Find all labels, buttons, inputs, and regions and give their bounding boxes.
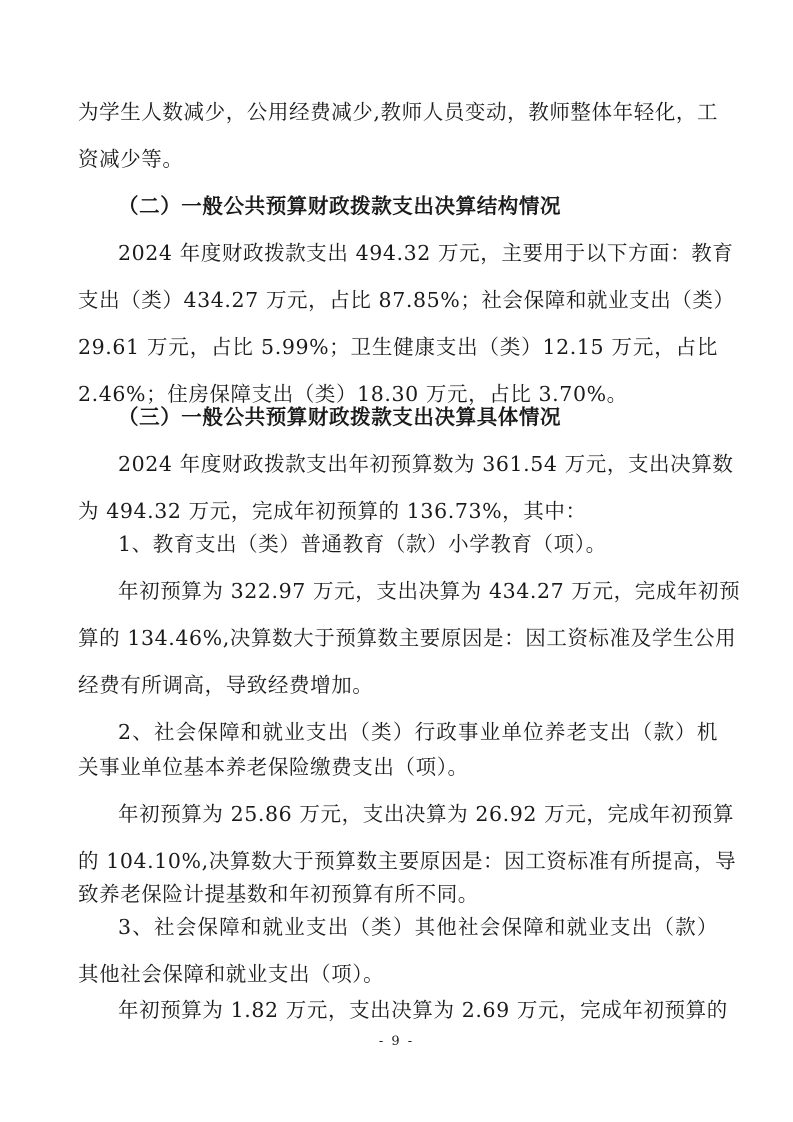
paragraph-line: 致养老保险计提基数和年初预算有所不同。 bbox=[78, 880, 718, 908]
paragraph-line: 2024 年度财政拨款支出年初预算数为 361.54 万元，支出决算数 bbox=[118, 450, 718, 478]
paragraph-line: 3、社会保障和就业支出（类）其他社会保障和就业支出（款） bbox=[118, 913, 718, 941]
paragraph-line: 2、社会保障和就业支出（类）行政事业单位养老支出（款）机 bbox=[118, 718, 718, 746]
section-heading: （三）一般公共预算财政拨款支出决算具体情况 bbox=[118, 403, 561, 431]
paragraph-line: 算的 134.46%,决算数大于预算数主要原因是：因工资标准及学生公用 bbox=[78, 624, 718, 652]
section-heading: （二）一般公共预算财政拨款支出决算结构情况 bbox=[118, 192, 561, 220]
paragraph-line: 2024 年度财政拨款支出 494.32 万元，主要用于以下方面：教育 bbox=[118, 239, 718, 267]
document-page: 为学生人数减少，公用经费减少,教师人员变动，教师整体年轻化，工 资减少等。 （二… bbox=[0, 0, 793, 1122]
paragraph-line: 支出（类）434.27 万元，占比 87.85%；社会保障和就业支出（类） bbox=[78, 286, 718, 314]
paragraph-line: 年初预算为 1.82 万元，支出决算为 2.69 万元，完成年初预算的 bbox=[118, 996, 718, 1024]
paragraph-line: 为学生人数减少，公用经费减少,教师人员变动，教师整体年轻化，工 bbox=[78, 98, 718, 126]
paragraph-line: 29.61 万元，占比 5.99%；卫生健康支出（类）12.15 万元，占比 bbox=[78, 333, 718, 361]
paragraph-line: 其他社会保障和就业支出（项）。 bbox=[78, 960, 718, 988]
paragraph-line: 经费有所调高，导致经费增加。 bbox=[78, 671, 718, 699]
paragraph-line: 资减少等。 bbox=[78, 145, 718, 173]
paragraph-line: 1、教育支出（类）普通教育（款）小学教育（项）。 bbox=[118, 530, 718, 558]
paragraph-line: 年初预算为 322.97 万元，支出决算为 434.27 万元，完成年初预 bbox=[118, 577, 718, 605]
page-number: - 9 - bbox=[0, 1034, 793, 1050]
paragraph-line: 关事业单位基本养老保险缴费支出（项）。 bbox=[78, 753, 718, 781]
paragraph-line: 年初预算为 25.86 万元，支出决算为 26.92 万元，完成年初预算 bbox=[118, 800, 718, 828]
paragraph-line: 的 104.10%,决算数大于预算数主要原因是：因工资标准有所提高，导 bbox=[78, 847, 718, 875]
paragraph-line: 为 494.32 万元，完成年初预算的 136.73%，其中： bbox=[78, 497, 718, 525]
